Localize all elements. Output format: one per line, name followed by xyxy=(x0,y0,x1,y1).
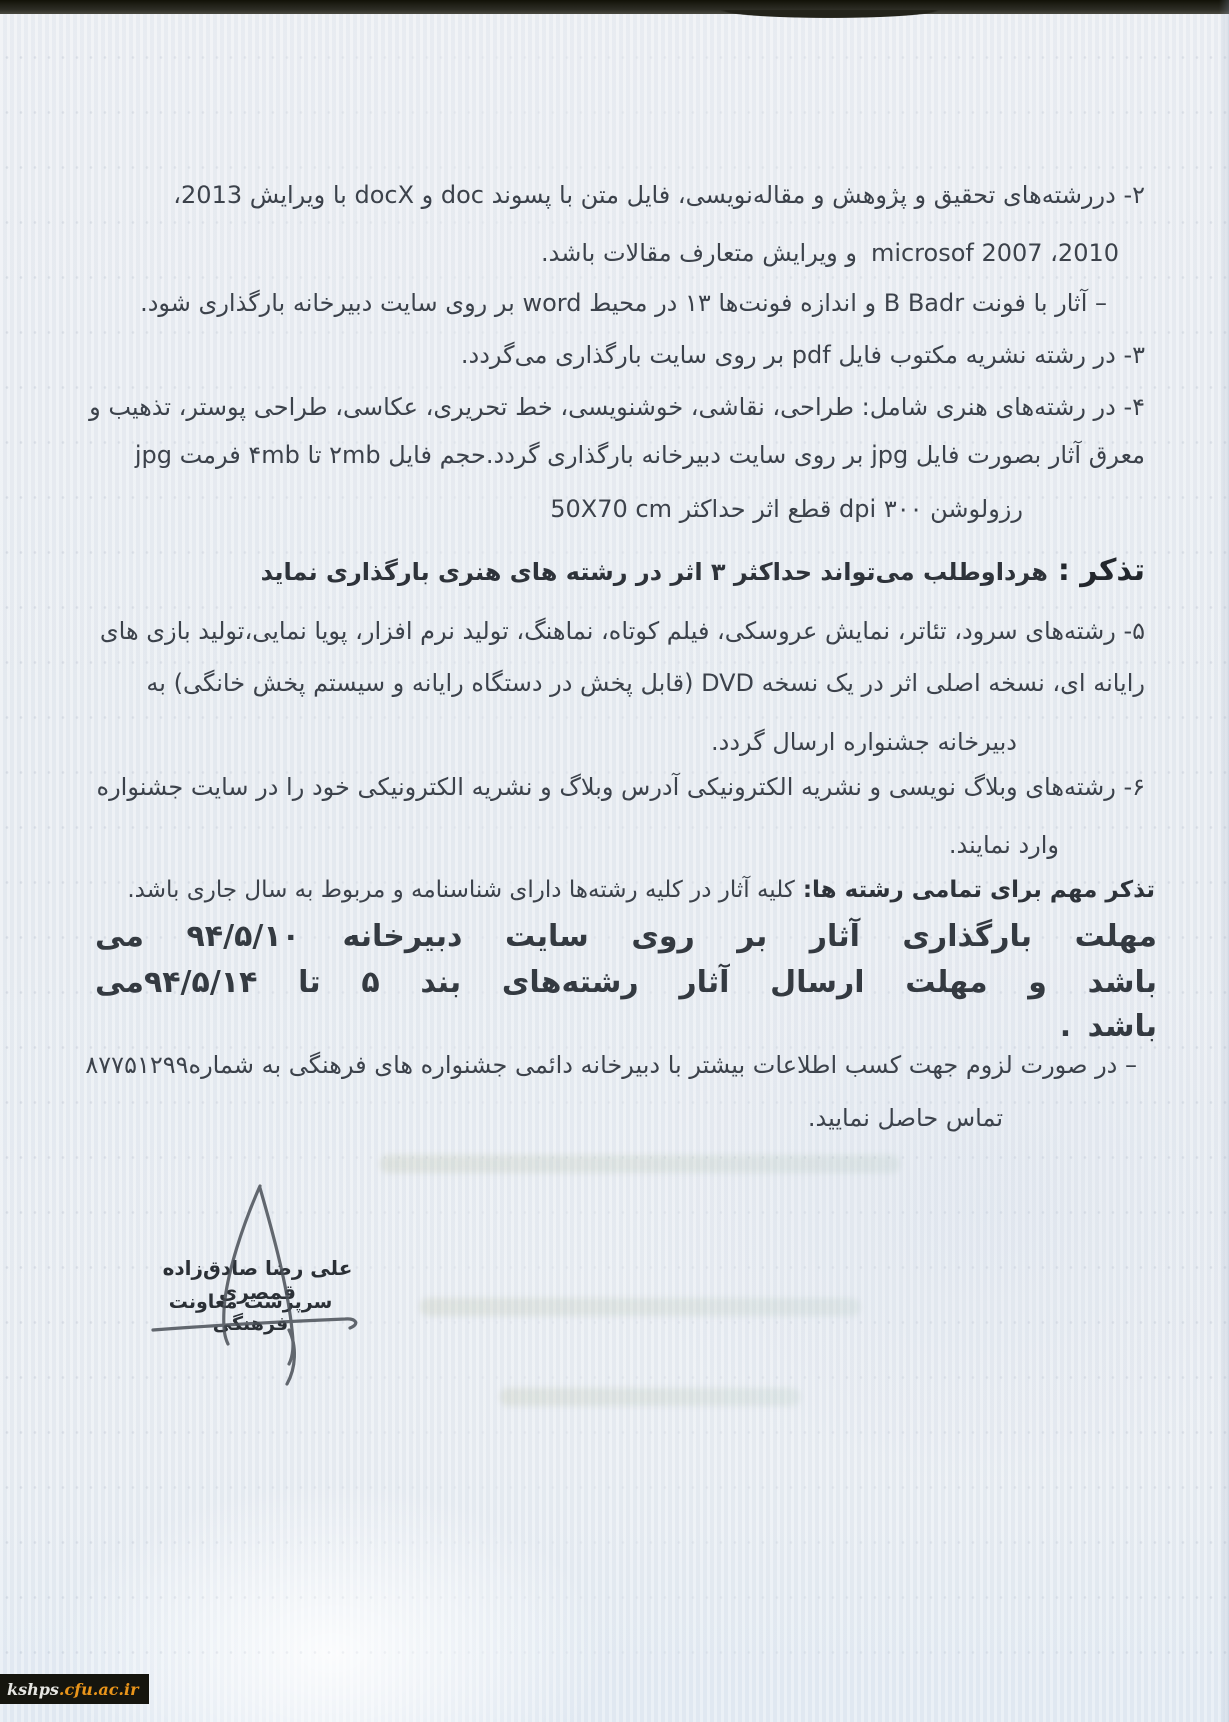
item2-line2: microsof 2007 ،2010 و ویرایش متعارف مقال… xyxy=(541,238,1119,268)
item2-line2-latin-run: microsof 2007 ،2010 xyxy=(871,238,1119,268)
scan-right-shade xyxy=(1219,0,1229,1722)
item2-line2-persian-run: و ویرایش متعارف مقالات باشد. xyxy=(541,238,857,268)
scanner-edge-shadow xyxy=(640,10,1020,24)
item3-line: ۳- در رشته نشریه مکتوب فایل pdf بر روی س… xyxy=(461,340,1145,370)
notice1-text: هرداوطلب می‌تواند حداکثر ۳ اثر در رشته ه… xyxy=(261,558,1048,586)
scanned-document-page: { "content": { "item2": { "line1": "۲- د… xyxy=(0,0,1229,1722)
watermark-suffix: .cfu.ac.ir xyxy=(59,1680,139,1699)
notice2-text: کلیه آثار در کلیه رشته‌ها دارای شناسنامه… xyxy=(127,877,794,903)
watermark-prefix: kshps xyxy=(7,1680,59,1699)
deadline-line1: مهلت بارگذاری آثار بر روی سایت دبیرخانه … xyxy=(95,918,1157,956)
notice1-line: تذکر :هرداوطلب می‌تواند حداکثر ۳ اثر در … xyxy=(261,552,1145,590)
item4-line1: ۴- در رشته‌های هنری شامل: طراحی، نقاشی، … xyxy=(89,392,1145,422)
notice2-label: تذکر مهم برای تمامی رشته ها: xyxy=(803,877,1155,903)
notice1-label: تذکر : xyxy=(1058,553,1145,588)
ink-bleed-smudge xyxy=(380,1155,900,1173)
ink-bleed-smudge xyxy=(500,1388,800,1406)
item2-line1: ۲- دررشته‌های تحقیق و پژوهش و مقاله‌نویس… xyxy=(173,180,1145,210)
scanner-edge-bar xyxy=(0,0,1229,14)
contact-line1: – در صورت لزوم جهت کسب اطلاعات بیشتر با … xyxy=(85,1050,1137,1080)
notice2-line: تذکر مهم برای تمامی رشته ها:کلیه آثار در… xyxy=(127,876,1155,905)
item4-line3: رزولوشن ۳۰۰ dpi قطع اثر حداکثر 50X70 cm xyxy=(550,494,1023,524)
handwritten-signature xyxy=(138,1178,418,1388)
font-note-line: – آثار با فونت B Badr و اندازه فونت‌ها ۱… xyxy=(140,288,1107,318)
site-watermark: kshps.cfu.ac.ir xyxy=(0,1674,149,1704)
item5-line3: دبیرخانه جشنواره ارسال گردد. xyxy=(711,727,1017,757)
deadline-line2: باشد و مهلت ارسال آثار رشته‌های بند ۵ تا… xyxy=(95,964,1157,1002)
item6-line2: وارد نمایند. xyxy=(949,830,1059,860)
item5-line2: رایانه ای، نسخه اصلی اثر در یک نسخه DVD … xyxy=(146,668,1145,698)
deadline-line3: باشد . xyxy=(1060,1008,1157,1046)
item5-line1: ۵- رشته‌های سرود، تئاتر، نمایش عروسکی، ف… xyxy=(100,616,1145,646)
ink-bleed-smudge xyxy=(420,1298,860,1316)
item6-line1: ۶- رشته‌های وبلاگ نویسی و نشریه الکترونی… xyxy=(97,772,1146,802)
item4-line2: معرق آثار بصورت فایل jpg بر روی سایت دبی… xyxy=(135,440,1145,470)
paper-background: ۲- دررشته‌های تحقیق و پژوهش و مقاله‌نویس… xyxy=(0,0,1229,1722)
contact-line2: تماس حاصل نمایید. xyxy=(808,1103,1003,1133)
